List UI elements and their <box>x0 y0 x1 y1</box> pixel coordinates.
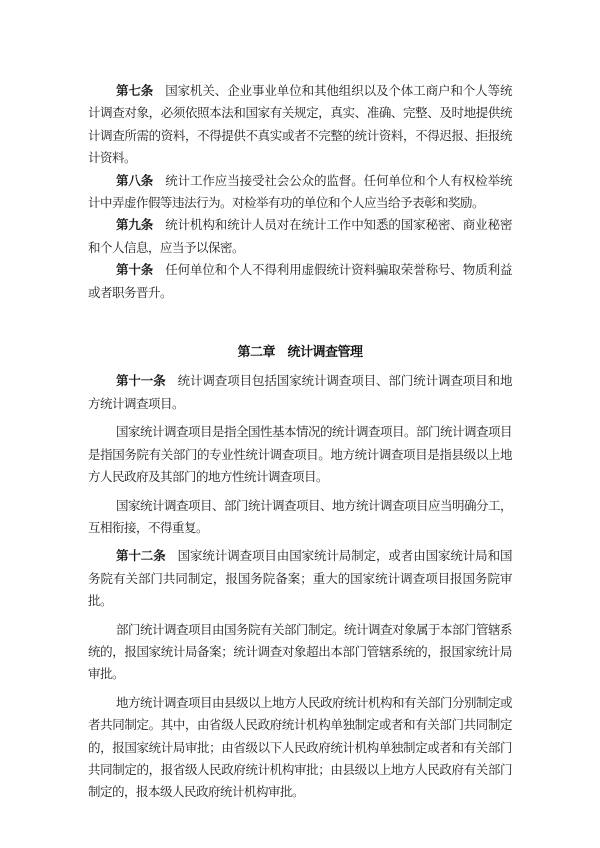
article-number: 第七条 <box>116 84 153 98</box>
article-paragraph: 第七条国家机关、企业事业单位和其他组织以及个体工商户和个人等统计调查对象，必须依… <box>88 80 512 170</box>
body-paragraph: 国家统计调查项目是指全国性基本情况的统计调查项目。部门统计调查项目是指国务院有关… <box>88 421 512 488</box>
paragraph-text: 国家统计调查项目、部门统计调查项目、地方统计调查项目应当明确分工，互相衔接，不得… <box>88 499 512 535</box>
article-number: 第十条 <box>116 263 153 277</box>
article-paragraph: 第十一条统计调查项目包括国家统计调查项目、部门统计调查项目和地方统计调查项目。 <box>88 370 512 415</box>
article-number: 第九条 <box>116 218 153 232</box>
article-paragraph: 第十二条国家统计调查项目由国家统计局制定，或者由国家统计局和国务院有关部门共同制… <box>88 545 512 612</box>
section-survey-administration: 第十一条统计调查项目包括国家统计调查项目、部门统计调查项目和地方统计调查项目。 … <box>88 370 512 803</box>
article-paragraph: 第九条统计机构和统计人员对在统计工作中知悉的国家秘密、商业秘密和个人信息，应当予… <box>88 214 512 259</box>
body-paragraph: 地方统计调查项目由县级以上地方人民政府统计机构和有关部门分别制定或者共同制定。其… <box>88 692 512 804</box>
section-general-provisions: 第七条国家机关、企业事业单位和其他组织以及个体工商户和个人等统计调查对象，必须依… <box>88 80 512 304</box>
article-number: 第十二条 <box>116 549 166 563</box>
article-paragraph: 第八条统计工作应当接受社会公众的监督。任何单位和个人有权检举统计中弄虚作假等违法… <box>88 170 512 215</box>
body-paragraph: 部门统计调查项目由国务院有关部门制定。统计调查对象属于本部门管辖系统的，报国家统… <box>88 619 512 686</box>
article-paragraph: 第十条任何单位和个人不得利用虚假统计资料骗取荣誉称号、物质利益或者职务晋升。 <box>88 259 512 304</box>
article-number: 第八条 <box>116 174 153 188</box>
document-page: 第七条国家机关、企业事业单位和其他组织以及个体工商户和个人等统计调查对象，必须依… <box>0 0 600 848</box>
paragraph-text: 国家统计调查项目是指全国性基本情况的统计调查项目。部门统计调查项目是指国务院有关… <box>88 425 512 484</box>
chapter-heading: 第二章 统计调查管理 <box>88 341 512 363</box>
article-number: 第十一条 <box>116 374 166 388</box>
body-paragraph: 国家统计调查项目、部门统计调查项目、地方统计调查项目应当明确分工，互相衔接，不得… <box>88 495 512 540</box>
paragraph-text: 部门统计调查项目由国务院有关部门制定。统计调查对象属于本部门管辖系统的，报国家统… <box>88 623 512 682</box>
paragraph-text: 地方统计调查项目由县级以上地方人民政府统计机构和有关部门分别制定或者共同制定。其… <box>88 696 512 800</box>
